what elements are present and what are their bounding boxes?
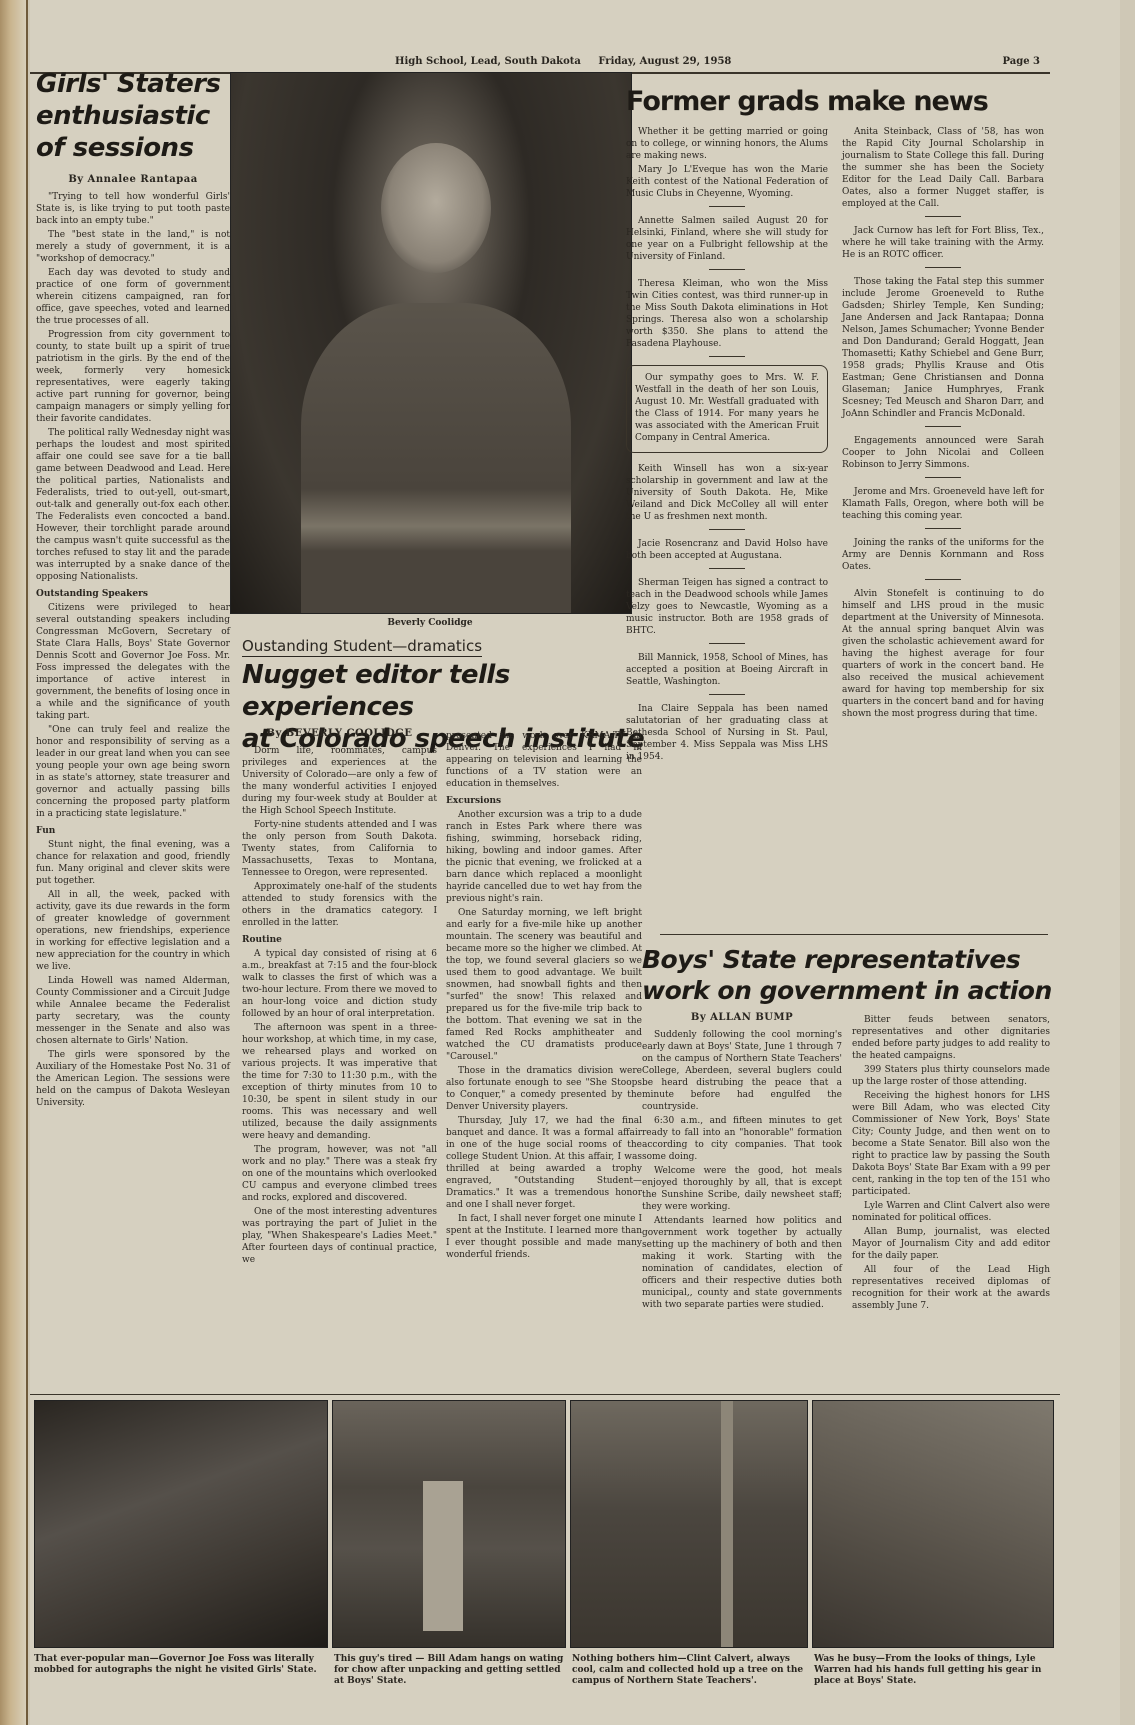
masthead-date: Friday, August 29, 1958 [598,56,731,67]
paragraph: Another excursion was a trip to a dude r… [446,809,642,905]
paragraph: "One can truly feel and realize the hono… [36,724,230,820]
paragraph: Thursday, July 17, we had the final banq… [446,1115,642,1211]
subhead-fun: Fun [36,826,230,836]
masthead-school: High School, Lead, South Dakota [395,56,581,67]
item-separator-rule [925,528,961,529]
news-item: Joining the ranks of the uniforms for th… [842,537,1044,573]
boys-state-column-1: By ALLAN BUMP Suddenly following the coo… [642,1012,842,1313]
item-separator-rule [709,694,745,695]
page-number: Page 3 [1002,56,1040,67]
paragraph: 399 Staters plus thirty counselors made … [852,1064,1050,1088]
paragraph: The political rally Wednesday night was … [36,427,230,583]
item-separator-rule [709,568,745,569]
paragraph: Each day was devoted to study and practi… [36,267,230,327]
news-item: Sherman Teigen has signed a contract to … [626,577,828,637]
portrait-photo-beverly-coolidge [230,72,632,614]
nugget-byline: By BEVERLY COOLIDGE [242,728,437,739]
photo-bill-adam [332,1400,566,1648]
former-grads-header: Former grads make news [626,86,1046,118]
photo-joe-foss-autographs [34,1400,328,1648]
photo-tree [721,1401,733,1647]
sympathy-notice-box: Our sympathy goes to Mrs. W. F. Westfall… [626,365,828,453]
girls-staters-headline-2: enthusiastic [36,100,230,132]
caption-joe-foss: That ever-popular man—Governor Joe Foss … [34,1654,326,1676]
girls-staters-headline-1: Girls' Staters [36,68,230,100]
portrait-dress [301,303,571,613]
news-item: Annette Salmen sailed August 20 for Hels… [626,215,828,263]
former-grads-column-2: Anita Steinback, Class of '58, has won t… [842,126,1044,722]
item-separator-rule [925,267,961,268]
news-item: Alvin Stonefelt is continuing to do hims… [842,588,1044,720]
paragraph: Suddenly following the cool morning's ea… [642,1029,842,1113]
paragraph: The girls were sponsored by the Auxiliar… [36,1049,230,1109]
caption-clint-calvert: Nothing bothers him—Clint Calvert, alway… [572,1654,808,1687]
subhead-outstanding-speakers: Outstanding Speakers [36,589,230,599]
news-item: Whether it be getting married or going o… [626,126,828,162]
girls-staters-byline: By Annalee Rantapaa [36,174,230,185]
news-item: Jacie Rosencranz and David Holso have bo… [626,538,828,562]
paragraph: Progression from city government to coun… [36,329,230,425]
photo-figure [423,1481,463,1631]
news-item: Those taking the Fatal step this summer … [842,276,1044,420]
item-separator-rule [709,529,745,530]
portrait-face [381,143,491,273]
paragraph: Stunt night, the final evening, was a ch… [36,839,230,887]
paragraph: The afternoon was spent in a three-hour … [242,1022,437,1142]
paragraph: Forty-nine students attended and I was t… [242,819,437,879]
news-item: Jerome and Mrs. Groeneveld have left for… [842,486,1044,522]
photo-lyle-warren [812,1400,1054,1648]
paragraph: One Saturday morning, we left bright and… [446,907,642,1063]
portrait-caption: Beverly Coolidge [380,618,480,629]
nugget-headline-1: Nugget editor tells experiences [242,659,652,723]
news-item: Bill Mannick, 1958, School of Mines, has… [626,652,828,688]
nugget-column-2: presented the work over KRMA-TV in Denve… [446,730,642,1263]
paragraph: Bitter feuds between senators, represent… [852,1014,1050,1062]
paragraph: Welcome were the good, hot meals enjoyed… [642,1165,842,1213]
news-item: Anita Steinback, Class of '58, has won t… [842,126,1044,210]
sympathy-notice-text: Our sympathy goes to Mrs. W. F. Westfall… [635,372,819,444]
news-item: Engagements announced were Sarah Cooper … [842,435,1044,471]
paragraph: 6:30 a.m., and fifteen minutes to get re… [642,1115,842,1163]
news-item: Jack Curnow has left for Fort Bliss, Tex… [842,225,1044,261]
item-separator-rule [925,477,961,478]
section-divider [660,934,1048,935]
girls-staters-headline-3: of sessions [36,132,230,164]
paragraph: Allan Bump, journalist, was elected Mayo… [852,1226,1050,1262]
caption-bill-adam: This guy's tired — Bill Adam hangs on wa… [334,1654,564,1687]
paragraph: presented the work over KRMA-TV in Denve… [446,730,642,790]
paragraph: Linda Howell was named Alderman, County … [36,975,230,1047]
paragraph: All in all, the week, packed with activi… [36,889,230,973]
item-separator-rule [925,579,961,580]
caption-lyle-warren: Was he busy—From the looks of things, Ly… [814,1654,1054,1687]
item-separator-rule [925,426,961,427]
paragraph: Receiving the highest honors for LHS wer… [852,1090,1050,1198]
boys-state-column-2: Bitter feuds between senators, represent… [852,1014,1050,1314]
item-separator-rule [709,206,745,207]
news-item: Theresa Kleiman, who won the Miss Twin C… [626,278,828,350]
news-item: Mary Jo L'Eveque has won the Marie Keith… [626,164,828,200]
nugget-column-1: By BEVERLY COOLIDGE Dorm life, roommates… [242,728,437,1268]
girls-staters-body: "Trying to tell how wonderful Girls' Sta… [36,191,230,1109]
item-separator-rule [709,643,745,644]
girls-staters-article: Girls' Staters enthusiastic of sessions … [36,68,230,1111]
paragraph: In fact, I shall never forget one minute… [446,1213,642,1261]
paragraph: Those in the dramatics division were als… [446,1065,642,1113]
item-separator-rule [709,356,745,357]
former-grads-headline: Former grads make news [626,86,1046,118]
paragraph: The "best state in the land," is not mer… [36,229,230,265]
paragraph: The program, however, was not "all work … [242,1144,437,1204]
paragraph: Citizens were privileged to hear several… [36,602,230,722]
subhead-routine: Routine [242,935,437,945]
photo-strip-divider [30,1394,1060,1395]
former-grads-column-1: Whether it be getting married or going o… [626,126,828,765]
item-separator-rule [925,216,961,217]
boys-state-header: Boys' State representatives work on gove… [642,944,1052,1006]
paragraph: One of the most interesting adventures w… [242,1206,437,1266]
paragraph: Lyle Warren and Clint Calvert also were … [852,1200,1050,1224]
boys-state-headline-2: work on government in action [642,975,1052,1006]
item-separator-rule [709,269,745,270]
subhead-excursions: Excursions [446,796,642,806]
paragraph: Dorm life, roommates, campus privileges … [242,745,437,817]
nugget-kicker: Oustanding Student—dramatics [242,637,482,657]
photo-clint-calvert [570,1400,808,1648]
newspaper-page: High School, Lead, South Dakota Friday, … [30,0,1120,1725]
boys-state-headline-1: Boys' State representatives [642,944,1052,975]
news-item: Keith Winsell has won a six-year scholar… [626,463,828,523]
paragraph: "Trying to tell how wonderful Girls' Sta… [36,191,230,227]
boys-state-byline: By ALLAN BUMP [642,1012,842,1023]
paragraph: All four of the Lead High representative… [852,1264,1050,1312]
news-item: Ina Claire Seppala has been named saluta… [626,703,828,763]
paragraph: A typical day consisted of rising at 6 a… [242,948,437,1020]
book-binding-edge [0,0,28,1725]
paragraph: Attendants learned how politics and gove… [642,1215,842,1311]
paragraph: Approximately one-half of the students a… [242,881,437,929]
